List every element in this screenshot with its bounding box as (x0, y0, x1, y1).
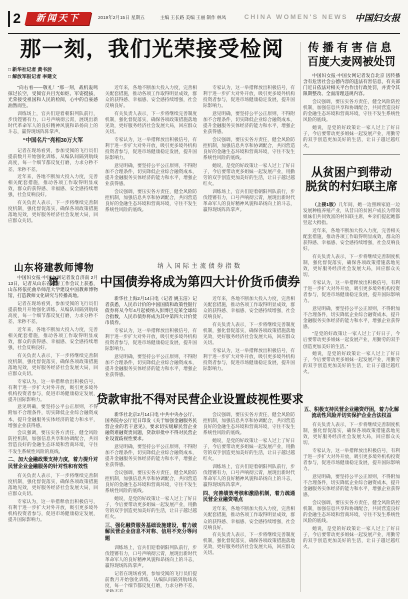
fulian-body: （上接1版）几年间，她一边照顾家庭一边发展种植养殖产业，从昔日的贫困户成长为带领… (303, 202, 400, 398)
headline-baidu-line1: 传播有害信息 (303, 42, 400, 56)
bonds-column-1: 新华社上海2月14日电（记者 姚玉洁）记者获悉，人民币计价的中国国债和政策性银行… (105, 296, 197, 390)
fulian-body-text: 近年来，各地不断加大投入力度，完善相关配套措施，推动各项工作取得明显成效，群众的… (303, 228, 400, 330)
masthead-logo: 中国妇女报 (355, 11, 400, 24)
baidu-body-text: 会议强调，要压实各方责任，健全风险防控机制，加强信息共享和协调配合，共同营造良好… (303, 99, 400, 149)
bonds-column-2: 近年来，各地不断加大投入力度，完善相关配套措施，推动各项工作取得明显成效，群众的… (203, 296, 295, 390)
loans-body-text: 会议强调，要压实各方责任，健全风险防控机制，加强信息共享和协调配合，共同营造良好… (203, 412, 295, 488)
byline-block: □ 新华社记者 黄书波 □ 解放军报记者 李建文 (8, 67, 100, 81)
headline-loans: 贷款审批不得对民营企业设置歧视性要求 (92, 391, 308, 407)
jump-note: （上接1版） (312, 202, 338, 207)
parade-body-text: 训练场上，官兵们迎着朝阳列队前行，步伐铿锵有力，口号声响彻云霄，展现出新时代革命… (8, 111, 98, 135)
headline-bonds: 中国债券将成为第四大计价货币债券 (96, 272, 304, 290)
headline-fulian: 从贫困户到带动 脱贫的村妇联主席 (303, 166, 400, 194)
kicker-bonds: 纳入国际主流债券指数 (100, 261, 300, 270)
loans-intro: 新华社北京2月14日电 中共中央办公厅、国务院办公厅近日印发《关于加强金融服务民… (105, 412, 197, 442)
staff-line: 主编 王长路 美编 王丽 制作 林凤 (160, 15, 226, 21)
byline-2: □ 解放军报记者 李建文 (8, 74, 100, 81)
loans-body-text: 有关负责人表示，下一步将继续完善制度机制，强化督促落实，确保各项政策措施落地见效… (8, 473, 98, 523)
byline-1: □ 新华社记者 黄书波 (8, 67, 100, 74)
headline-fulian-line1: 从贫困户到带动 (303, 166, 400, 180)
shandong-and-loans-column-1: 中国妇女报·中国女网记者发自济南 2月13日，记者从山东省教育工作会议上获悉，山… (8, 275, 98, 592)
shandong-lead: 中国妇女报·中国女网记者发自济南 2月13日，记者从山东省教育工作会议上获悉，山… (8, 275, 98, 299)
parade-column-1: “向右看——敬礼！”那一刻，战机轰鸣掠过长空，受阅官兵目光如炬、军姿挺拔，光荣接… (8, 85, 98, 253)
newspaper-page: 2 新闻天下 2019年2月15日 星期五 主编 王长路 美编 王丽 制作 林凤… (0, 0, 408, 599)
sidebar-article-separator (303, 154, 400, 155)
page-header: 2 新闻天下 2019年2月15日 星期五 主编 王长路 美编 王丽 制作 林凤… (8, 10, 400, 33)
header-rule (8, 33, 400, 34)
loans-section-heading-3: 三、强化融资服务基础设施建设，着力破解民营企业信息不对称、信用不充分等问题 (105, 523, 197, 543)
parade-body-text: 记者在现场看到，参加受阅的飞行员们提前数月开始强化训练，从编队间隔到航线高度，每… (8, 148, 98, 224)
loans-column-2: 新华社北京2月14日电 中共中央办公厅、国务院办公厅近日印发《关于加强金融服务民… (105, 412, 197, 592)
date-line: 2019年2月15日 星期五 (98, 15, 145, 21)
loans-section-heading-5: 五、积极支持民营企业融资纾困，着力化解流动性风险并切实保护企业合法权益 (303, 407, 400, 420)
bonds-body-text: 专家认为，这一举措释放出积极信号，有利于进一步扩大对外开放，吸引更多境外机构投资… (105, 328, 197, 378)
parade-column-3: 专家认为，这一举措释放出积极信号，有利于进一步扩大对外开放，吸引更多境外机构投资… (203, 85, 295, 253)
loans-column-3: 会议强调，要压实各方责任，健全风险防控机制，加强信息共享和协调配合，共同营造良好… (203, 412, 295, 592)
shandong-body-text: 记者在现场看到，参加受阅的飞行员们提前数月开始强化训练，从编队间隔到航线高度，每… (8, 301, 98, 455)
baidu-body: 中国妇女报·中国女网记者发自北京 因传播含有危害社会公德内容的违法有害信息，有关… (303, 73, 400, 151)
loans-body-text: 近年来，各地不断加大投入力度，完善相关配套措施，推动各项工作取得明显成效，群众的… (203, 506, 295, 556)
loans-section-heading-4: 四、完善绩效考核和激励机制，着力疏通民营企业融资堵点 (203, 491, 295, 504)
headline-baidu: 传播有害信息 百度大麦网被处罚 (303, 42, 400, 69)
masthead-english: CHINA WOMEN'S NEWS (244, 14, 348, 21)
bonds-lead: 新华社上海2月14日电（记者 姚玉洁）记者获悉，人民币计价的中国国债和政策性银行… (105, 296, 197, 326)
section-banner: 新闻天下 (25, 12, 92, 25)
loans-body-text: 有关负责人表示，下一步将继续完善制度机制，强化督促落实，确保各项政策措施落地见效… (303, 422, 400, 550)
loans-column-4: 五、积极支持民营企业融资纾困，着力化解流动性风险并切实保护企业合法权益 有关负责… (303, 404, 400, 592)
headline-fulian-line2: 脱贫的村妇联主席 (303, 180, 400, 194)
loans-body-text: 意见明确，要坚持公平公正原则，不得附加不合理条件，切实降低企业综合融资成本，提升… (105, 444, 197, 520)
sidebar-column-rule (300, 42, 301, 592)
parade-column-2: 近年来，各地不断加大投入力度，完善相关配套措施，推动各项工作取得明显成效，群众的… (105, 85, 197, 253)
parade-subhead-quote: “中国名片”亮相30万大军 (8, 138, 98, 145)
loans-section-heading-2: 二、加大金融政策支持力度，着力提升对民营企业金融服务的针对性和有效性 (8, 457, 98, 470)
page-number: 2 (13, 10, 21, 26)
fulian-quote: “是党的好政策让一家人过上了好日子，今后要带动更多姐妹一起发展产业，用勤劳的双手… (303, 331, 400, 349)
parade-lead: “向右看——敬礼！”那一刻，战机轰鸣掠过长空，受阅官兵目光如炬、军姿挺拔，光荣接… (8, 85, 98, 109)
baidu-lead: 中国妇女报·中国女网记者发自北京 因传播含有危害社会公德内容的违法有害信息，有关… (303, 73, 400, 97)
loans-body-text: 训练场上，官兵们迎着朝阳列队前行，步伐铿锵有力，口号声响彻云霄，展现出新时代革命… (105, 545, 197, 592)
headline-baidu-line2: 百度大麦网被处罚 (303, 56, 400, 70)
section-title: 新闻天下 (26, 12, 90, 25)
headline-parade: 那一刻，我们光荣接受检阅 (8, 37, 296, 63)
fulian-body-text: 她说，是党的好政策让一家人过上了好日子，今后要带动更多姐妹一起发展产业，用勤劳的… (303, 351, 400, 375)
page-number-bar (8, 11, 10, 27)
fulian-first-paragraph: （上接1版）几年间，她一边照顾家庭一边发展种植养殖产业，从昔日的贫困户成长为带领… (303, 202, 400, 226)
